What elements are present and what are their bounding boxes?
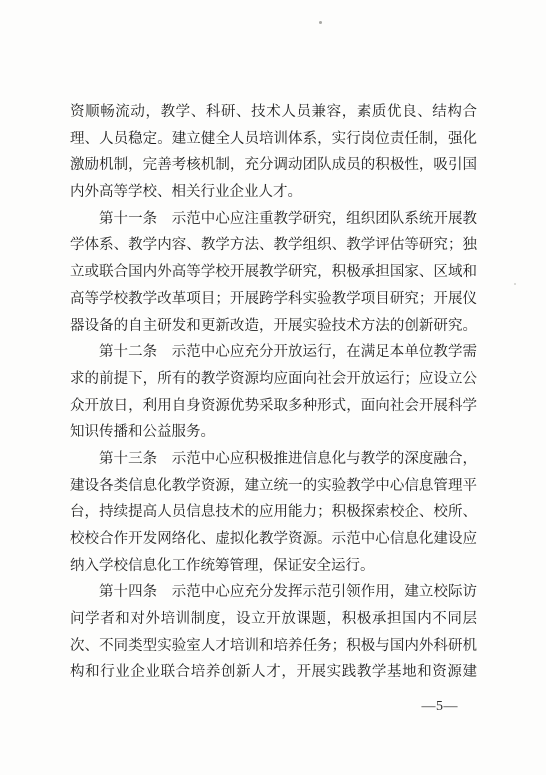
document-body: 资顺畅流动，教学、科研、技术人员兼容，素质优良、结构合理、人员稳定。建立健全人员…: [70, 99, 477, 686]
paragraph: 第十三条 示范中心应积极推进信息化与教学的深度融合，建设各类信息化教学资源，建立…: [70, 446, 477, 579]
paragraph: 第十二条 示范中心应充分开放运行，在满足本单位教学需求的前提下，所有的教学资源均…: [70, 339, 477, 446]
text-line: 第十四条 示范中心应充分发挥示范引领作用，建立校际访: [70, 579, 477, 606]
paragraph: 第十一条 示范中心应注重教学研究，组织团队系统开展教学体系、教学内容、教学方法、…: [70, 206, 477, 339]
page-number: —5—: [422, 699, 459, 715]
text-line: 知识传播和公益服务。: [70, 419, 477, 446]
text-line: 第十一条 示范中心应注重教学研究，组织团队系统开展教: [70, 206, 477, 233]
scan-speck: [319, 21, 322, 24]
text-line: 构和行业企业联合培养创新人才，开展实践教学基地和资源建: [70, 659, 477, 686]
paragraph: 资顺畅流动，教学、科研、技术人员兼容，素质优良、结构合理、人员稳定。建立健全人员…: [70, 99, 477, 206]
text-line: 校校合作开发网络化、虚拟化教学资源。示范中心信息化建设应: [70, 526, 477, 553]
text-line: 资顺畅流动，教学、科研、技术人员兼容，素质优良、结构合: [70, 99, 477, 126]
text-line: 理、人员稳定。建立健全人员培训体系，实行岗位责任制，强化: [70, 126, 477, 153]
text-line: 建设各类信息化教学资源，建立统一的实验教学中心信息管理平: [70, 473, 477, 500]
text-line: 第十二条 示范中心应充分开放运行，在满足本单位教学需: [70, 339, 477, 366]
text-line: 学体系、教学内容、教学方法、教学组织、教学评估等研究；独: [70, 232, 477, 259]
document-page: 资顺畅流动，教学、科研、技术人员兼容，素质优良、结构合理、人员稳定。建立健全人员…: [0, 0, 546, 775]
scan-speck: [514, 283, 516, 285]
text-line: 器设备的自主研发和更新改造，开展实验技术方法的创新研究。: [70, 313, 477, 340]
text-line: 激励机制，完善考核机制，充分调动团队成员的积极性，吸引国: [70, 152, 477, 179]
paragraph: 第十四条 示范中心应充分发挥示范引领作用，建立校际访问学者和对外培训制度，设立开…: [70, 579, 477, 686]
text-line: 内外高等学校、相关行业企业人才。: [70, 179, 477, 206]
text-line: 问学者和对外培训制度，设立开放课题，积极承担国内不同层: [70, 606, 477, 633]
text-line: 第十三条 示范中心应积极推进信息化与教学的深度融合，: [70, 446, 477, 473]
text-line: 立或联合国内外高等学校开展教学研究，积极承担国家、区域和: [70, 259, 477, 286]
text-line: 台，持续提高人员信息技术的应用能力；积极探索校企、校所、: [70, 499, 477, 526]
text-line: 次、不同类型实验室人才培训和培养任务；积极与国内外科研机: [70, 633, 477, 660]
text-line: 高等学校教学改革项目；开展跨学科实验教学项目研究；开展仪: [70, 286, 477, 313]
text-line: 众开放日，利用自身资源优势采取多种形式，面向社会开展科学: [70, 393, 477, 420]
text-line: 求的前提下，所有的教学资源均应面向社会开放运行；应设立公: [70, 366, 477, 393]
text-line: 纳入学校信息化工作统筹管理，保证安全运行。: [70, 553, 477, 580]
